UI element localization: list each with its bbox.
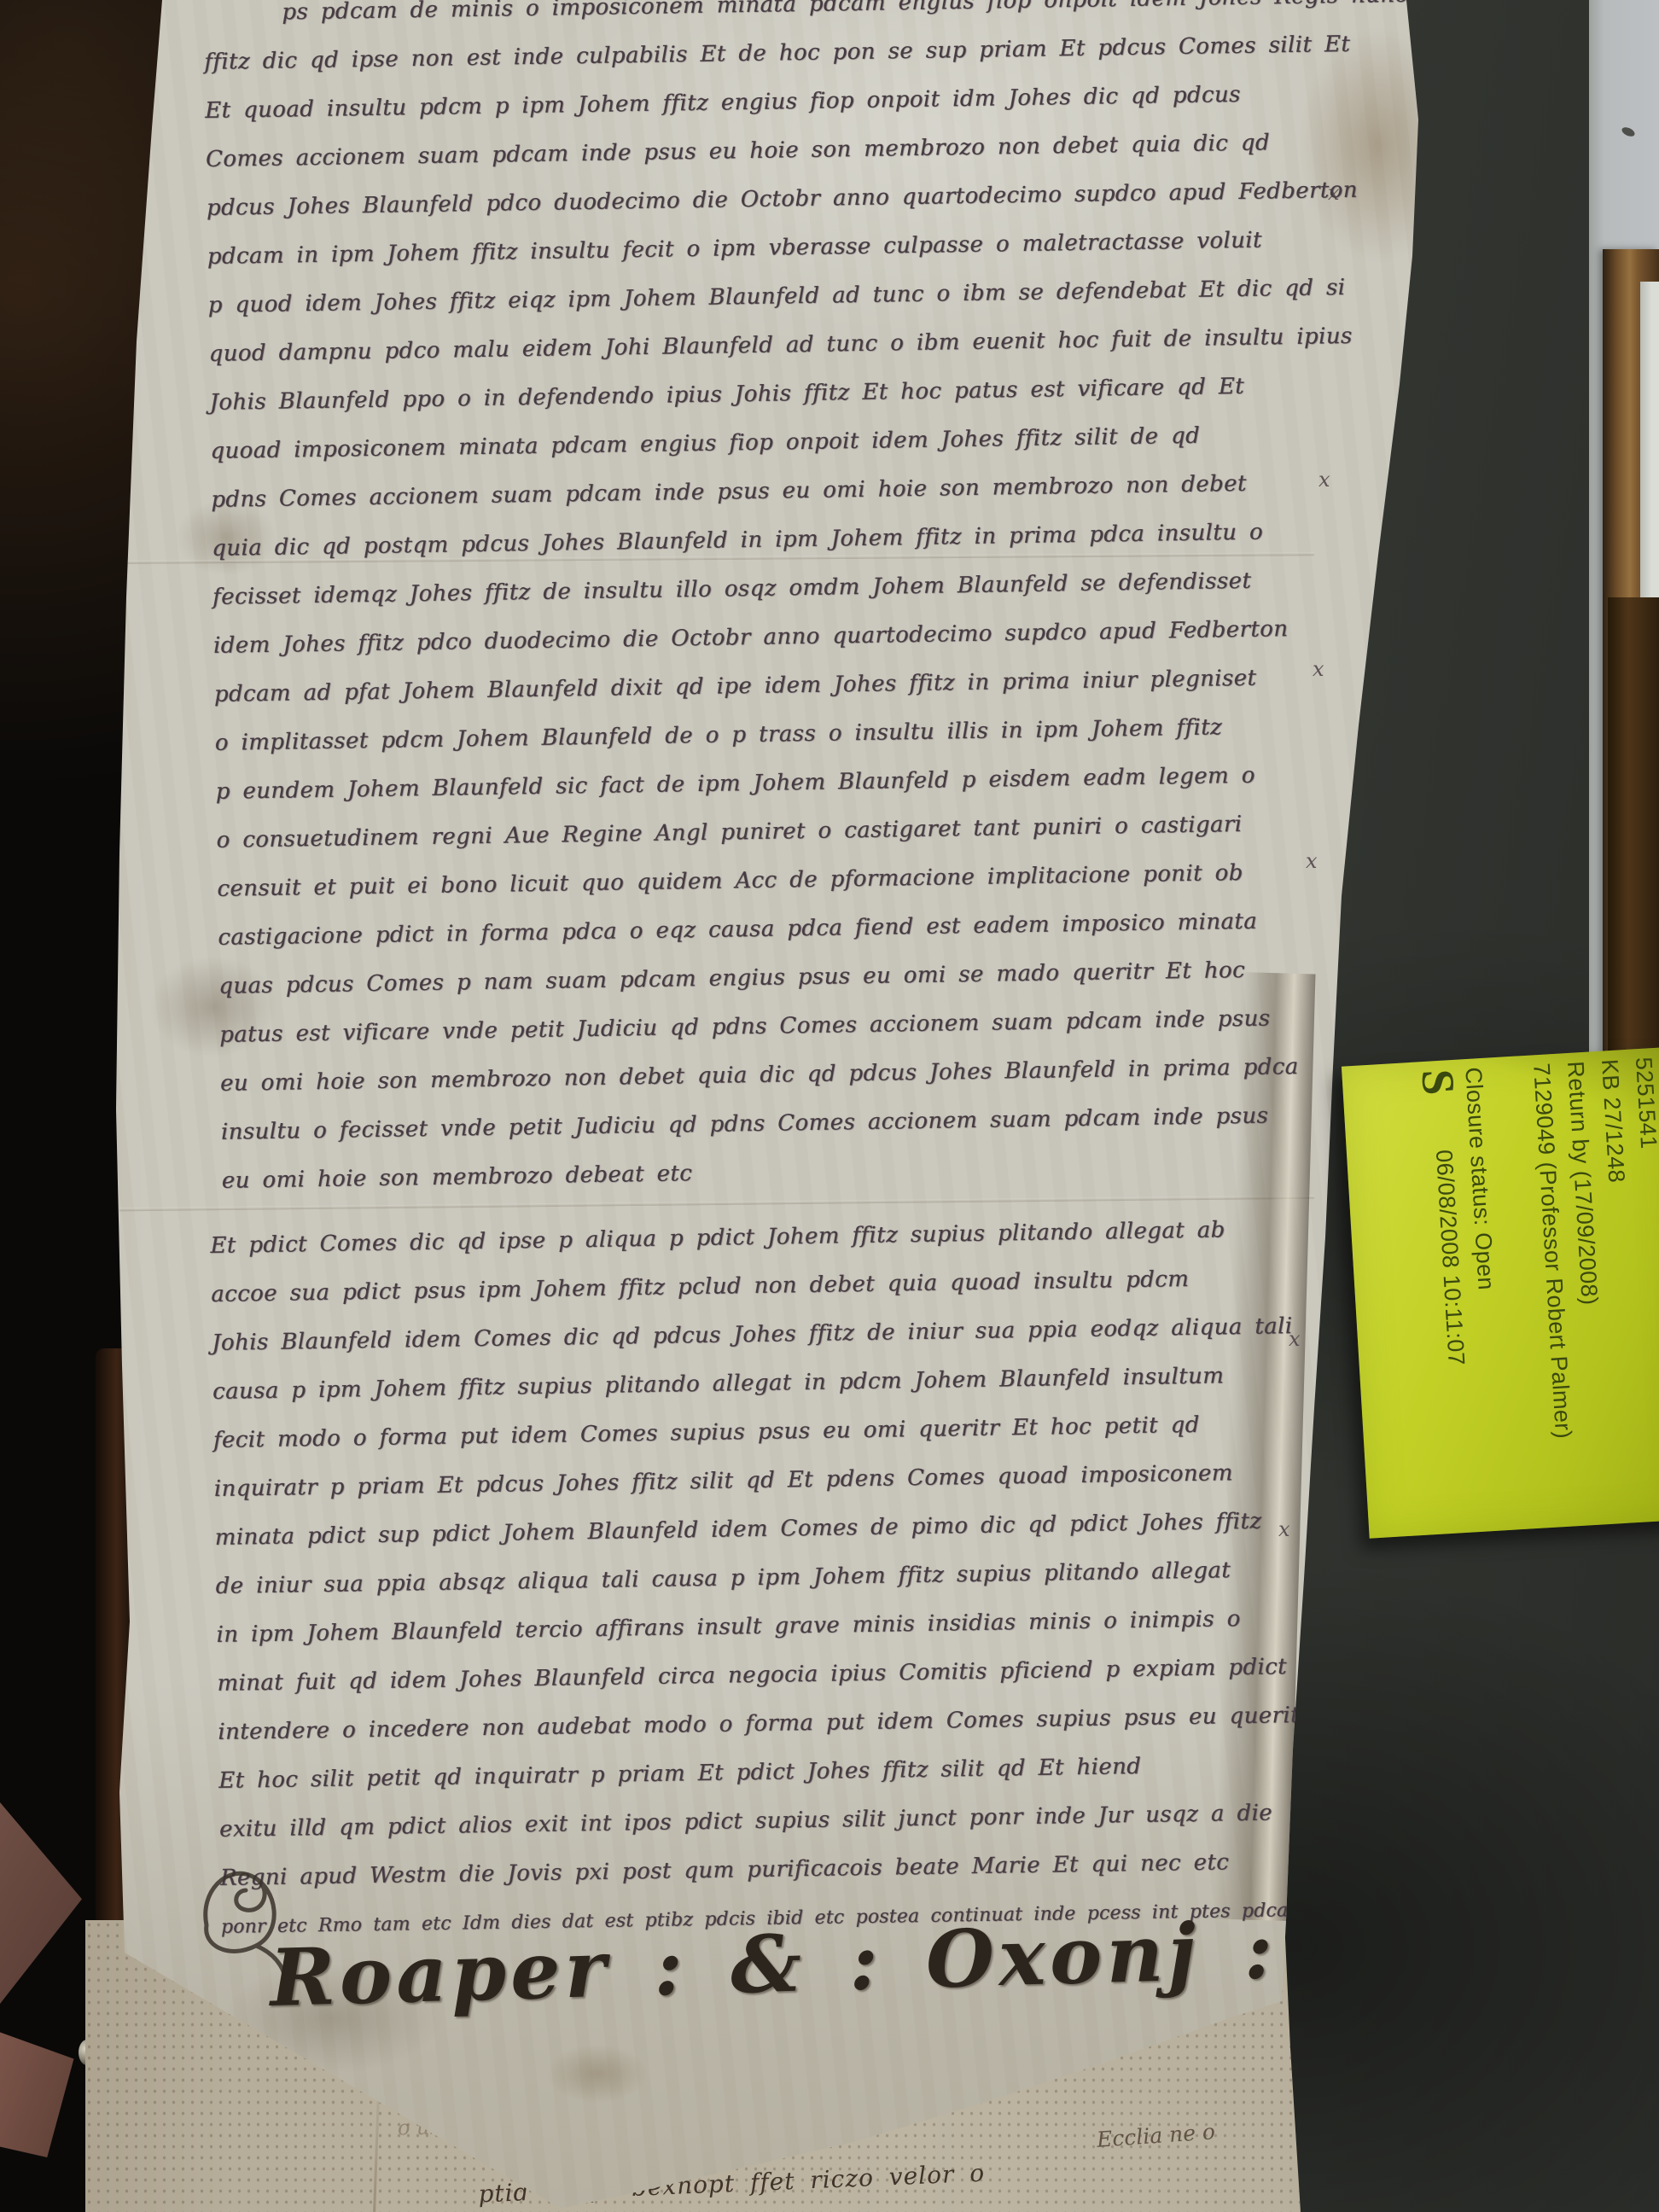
margin-mark: x [1306, 849, 1318, 873]
margin-mark: x [1328, 181, 1340, 205]
slip-s-mark: S [1418, 1068, 1458, 1097]
margin-mark: x [1278, 1517, 1290, 1541]
margin-mark: x [1289, 1327, 1301, 1351]
margin-mark: x [1318, 468, 1330, 492]
production-slip-text: 5251541 KB 27/1248 Return by (17/09/2008… [1405, 1056, 1659, 1538]
edge-script-note: Ecclia ne o [1096, 2119, 1216, 2152]
margin-mark: x [1313, 657, 1324, 681]
production-slip: 5251541 KB 27/1248 Return by (17/09/2008… [1342, 1047, 1659, 1538]
frame-inner-card [1640, 282, 1659, 599]
wooden-frame-lower [1608, 597, 1659, 1065]
archive-photo-stage: lect o rod wz o uxst qz pdco Ecclia ne o… [0, 0, 1659, 2212]
